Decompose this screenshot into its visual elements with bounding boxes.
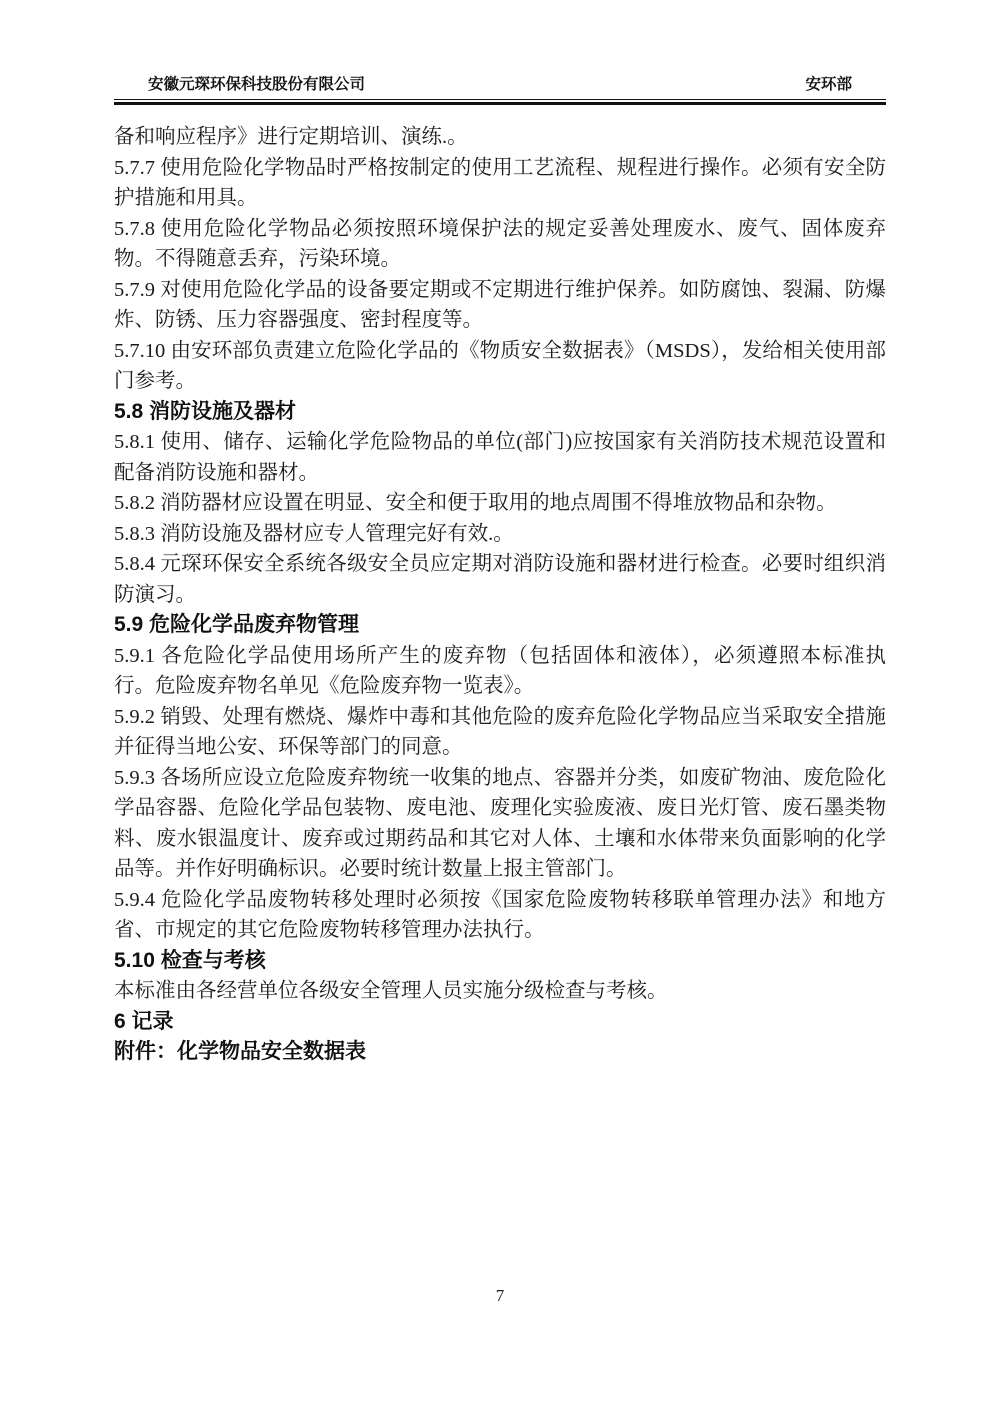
company-name: 安徽元琛环保科技股份有限公司 xyxy=(148,72,365,94)
page-footer: 7 xyxy=(0,1286,1000,1306)
paragraph: 5.7.8 使用危险化学物品必须按照环境保护法的规定妥善处理废水、废气、固体废弃… xyxy=(114,214,886,275)
section-heading: 5.9 危险化学品废弃物管理 xyxy=(114,610,886,641)
paragraph: 本标准由各经营单位各级安全管理人员实施分级检查与考核。 xyxy=(114,976,886,1007)
document-page: 安徽元琛环保科技股份有限公司 安环部 备和响应程序》进行定期培训、演练.。5.7… xyxy=(0,0,1000,1415)
paragraph: 5.7.9 对使用危险化学品的设备要定期或不定期进行维护保养。如防腐蚀、裂漏、防… xyxy=(114,275,886,336)
section-heading: 附件：化学物品安全数据表 xyxy=(114,1037,886,1068)
paragraph: 5.9.4 危险化学品废物转移处理时必须按《国家危险废物转移联单管理办法》和地方… xyxy=(114,885,886,946)
paragraph: 5.7.10 由安环部负责建立危险化学品的《物质安全数据表》（MSDS），发给相… xyxy=(114,336,886,397)
paragraph: 5.8.1 使用、储存、运输化学危险物品的单位(部门)应按国家有关消防技术规范设… xyxy=(114,427,886,488)
paragraph: 5.8.2 消防器材应设置在明显、安全和便于取用的地点周围不得堆放物品和杂物。 xyxy=(114,488,886,519)
paragraph: 备和响应程序》进行定期培训、演练.。 xyxy=(114,122,886,153)
page-number: 7 xyxy=(496,1286,505,1305)
page-header: 安徽元琛环保科技股份有限公司 安环部 xyxy=(114,0,886,105)
header-rule xyxy=(114,99,886,105)
paragraph: 5.9.3 各场所应设立危险废弃物统一收集的地点、容器并分类，如废矿物油、废危险… xyxy=(114,763,886,885)
section-heading: 5.8 消防设施及器材 xyxy=(114,397,886,428)
paragraph: 5.7.7 使用危险化学物品时严格按制定的使用工艺流程、规程进行操作。必须有安全… xyxy=(114,153,886,214)
department-label: 安环部 xyxy=(805,72,852,94)
paragraph: 5.8.4 元琛环保安全系统各级安全员应定期对消防设施和器材进行检查。必要时组织… xyxy=(114,549,886,610)
document-body: 备和响应程序》进行定期培训、演练.。5.7.7 使用危险化学物品时严格按制定的使… xyxy=(114,122,886,1068)
paragraph: 5.8.3 消防设施及器材应专人管理完好有效.。 xyxy=(114,519,886,550)
header-row: 安徽元琛环保科技股份有限公司 安环部 xyxy=(114,71,886,95)
paragraph: 5.9.1 各危险化学品使用场所产生的废弃物（包括固体和液体），必须遵照本标准执… xyxy=(114,641,886,702)
paragraph: 5.9.2 销毁、处理有燃烧、爆炸中毒和其他危险的废弃危险化学物品应当采取安全措… xyxy=(114,702,886,763)
section-heading: 5.10 检查与考核 xyxy=(114,946,886,977)
section-heading: 6 记录 xyxy=(114,1007,886,1038)
